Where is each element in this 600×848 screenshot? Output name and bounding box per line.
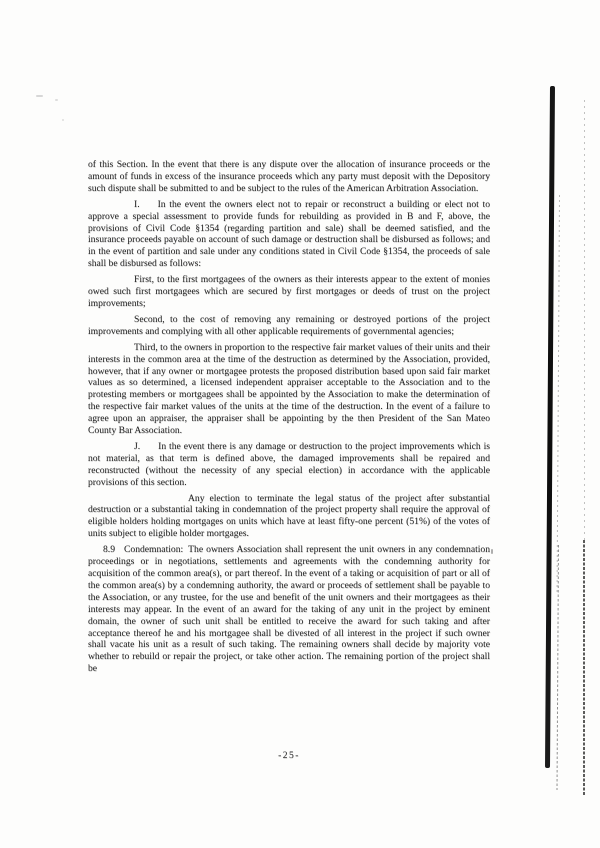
scan-speck xyxy=(36,95,43,97)
scan-dotted-line xyxy=(583,540,585,795)
paragraph-label: 8.9 xyxy=(103,544,124,555)
scan-streak-bar xyxy=(545,86,554,768)
paragraph: J.In the event there is any damage or de… xyxy=(88,441,490,489)
paragraph-text: First, to the first mortgagees of the ow… xyxy=(88,274,490,309)
paragraph-text: The owners Association shall represent t… xyxy=(88,544,490,674)
paragraph-text: Second, to the cost of removing any rema… xyxy=(88,314,490,337)
paragraph: 8.9Condemnation:The owners Association s… xyxy=(88,544,490,675)
paragraph-text: of this Section. In the event that there… xyxy=(88,159,490,194)
paragraph: First, to the first mortgagees of the ow… xyxy=(88,274,490,310)
paragraph: of this Section. In the event that there… xyxy=(88,159,490,195)
page-number: -25- xyxy=(88,751,490,761)
paragraph: Second, to the cost of removing any rema… xyxy=(88,314,490,338)
paragraph-label: I. xyxy=(134,199,158,210)
document-body-text: of this Section. In the event that there… xyxy=(88,159,490,675)
scan-dotted-line xyxy=(584,100,585,540)
scanned-document-page: of this Section. In the event that there… xyxy=(0,0,600,848)
paragraph-text: Any election to terminate the legal stat… xyxy=(88,493,490,540)
scan-dotted-line xyxy=(557,545,560,790)
scan-speck xyxy=(491,549,493,554)
paragraph-text: Third, to the owners in proportion to th… xyxy=(88,342,490,436)
paragraph: Third, to the owners in proportion to th… xyxy=(88,342,490,437)
paragraph-heading: Condemnation: xyxy=(124,544,188,555)
paragraph: Any election to terminate the legal stat… xyxy=(88,493,490,541)
scan-speck xyxy=(62,119,64,121)
paragraph: I.In the event the owners elect not to r… xyxy=(88,199,490,270)
scan-dotted-line xyxy=(557,195,561,595)
scan-speck xyxy=(55,99,58,101)
paragraph-label: J. xyxy=(134,441,158,452)
